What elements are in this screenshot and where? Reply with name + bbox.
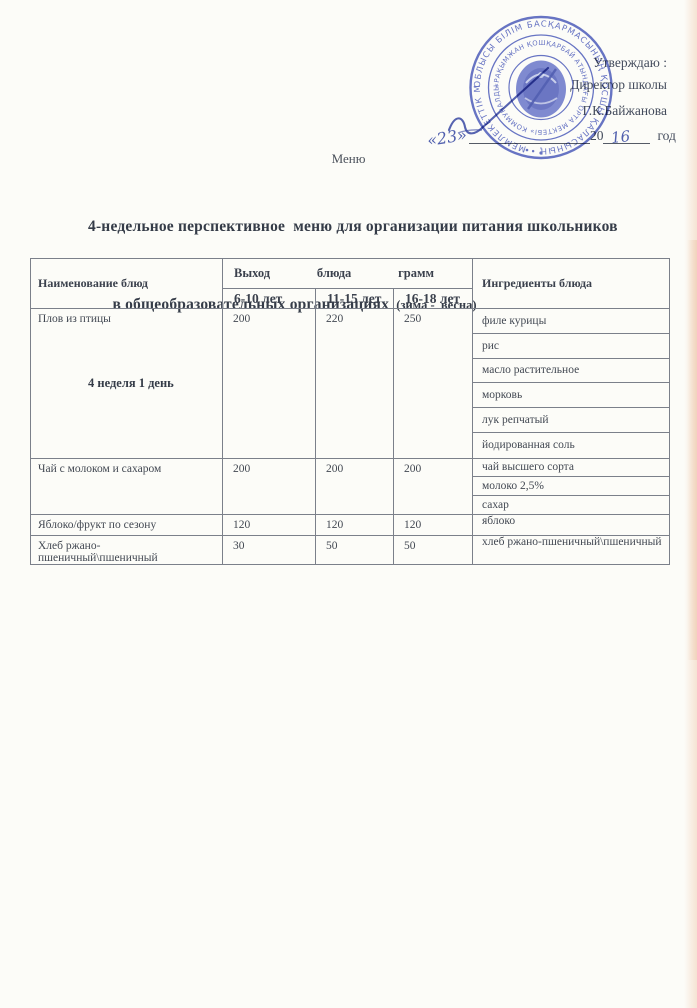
col-header-ingredients: Ингредиенты блюда	[473, 259, 670, 309]
col-header-age-11-15: 11-15 лет	[316, 289, 394, 309]
dish-name: Хлеб ржано-пшеничный\пшеничный	[31, 535, 223, 564]
portion-11-15: 220	[316, 309, 394, 459]
portion-6-10: 120	[223, 514, 316, 535]
ingredients-cell: филе курицы рис масло растительное морко…	[473, 309, 670, 459]
dish-name: Чай с молоком и сахаром	[31, 458, 223, 514]
ingredient-item: хлеб ржано-пшеничный\пшеничный	[473, 536, 669, 548]
ingredient-item: масло растительное	[473, 359, 669, 384]
ingredients-cell: чай высшего сорта молоко 2,5% сахар	[473, 458, 670, 514]
table-row-apple: Яблоко/фрукт по сезону 120 120 120 яблок…	[31, 514, 670, 535]
ingredient-item: морковь	[473, 383, 669, 408]
portion-11-15: 120	[316, 514, 394, 535]
portion-11-15: 200	[316, 458, 394, 514]
scan-edge-artifact-strong	[687, 240, 697, 660]
ingredients-cell: яблоко	[473, 514, 670, 535]
table-row-tea: Чай с молоком и сахаром 200 200 200 чай …	[31, 458, 670, 514]
portion-16-18: 200	[394, 458, 473, 514]
scanned-menu-document: Утверждаю : Директор школы Г.К.Байжанова…	[0, 0, 697, 1008]
menu-heading: Меню	[0, 151, 697, 167]
ingredient-item: сахар	[473, 496, 669, 514]
ingredient-item: чай высшего сорта	[473, 459, 669, 477]
ingredient-item: яблоко	[473, 515, 669, 527]
ingredient-item: йодированная соль	[473, 433, 669, 458]
menu-table: Наименование блюд Выход блюда грамм Ингр…	[30, 258, 670, 565]
table-row-plov: Плов из птицы 200 220 250 филе курицы ри…	[31, 309, 670, 459]
table-row-bread: Хлеб ржано-пшеничный\пшеничный 30 50 50 …	[31, 535, 670, 564]
director-signature-icon	[444, 56, 564, 140]
date-blank-line-2	[637, 128, 650, 144]
output-word-2: блюда	[317, 266, 351, 281]
ingredient-item: рис	[473, 334, 669, 359]
col-header-age-16-18: 16-18 лет	[394, 289, 473, 309]
output-word-3: грамм	[398, 266, 434, 281]
portion-16-18: 120	[394, 514, 473, 535]
portion-6-10: 30	[223, 535, 316, 564]
portion-6-10: 200	[223, 309, 316, 459]
output-word-1: Выход	[234, 266, 270, 281]
ingredient-item: лук репчатый	[473, 408, 669, 433]
year-word: год	[657, 128, 675, 144]
dish-name: Плов из птицы	[31, 309, 223, 459]
ingredient-item: филе курицы	[473, 309, 669, 334]
portion-6-10: 200	[223, 458, 316, 514]
col-header-age-6-10: 6-10 лет	[223, 289, 316, 309]
col-header-dish: Наименование блюд	[31, 259, 223, 309]
ingredient-item: молоко 2,5%	[473, 477, 669, 495]
dish-name: Яблоко/фрукт по сезону	[31, 514, 223, 535]
portion-11-15: 50	[316, 535, 394, 564]
ingredients-cell: хлеб ржано-пшеничный\пшеничный	[473, 535, 670, 564]
col-header-output: Выход блюда грамм	[223, 259, 473, 289]
portion-16-18: 250	[394, 309, 473, 459]
title-line1: 4-недельное перспективное меню для орган…	[88, 216, 673, 237]
portion-16-18: 50	[394, 535, 473, 564]
